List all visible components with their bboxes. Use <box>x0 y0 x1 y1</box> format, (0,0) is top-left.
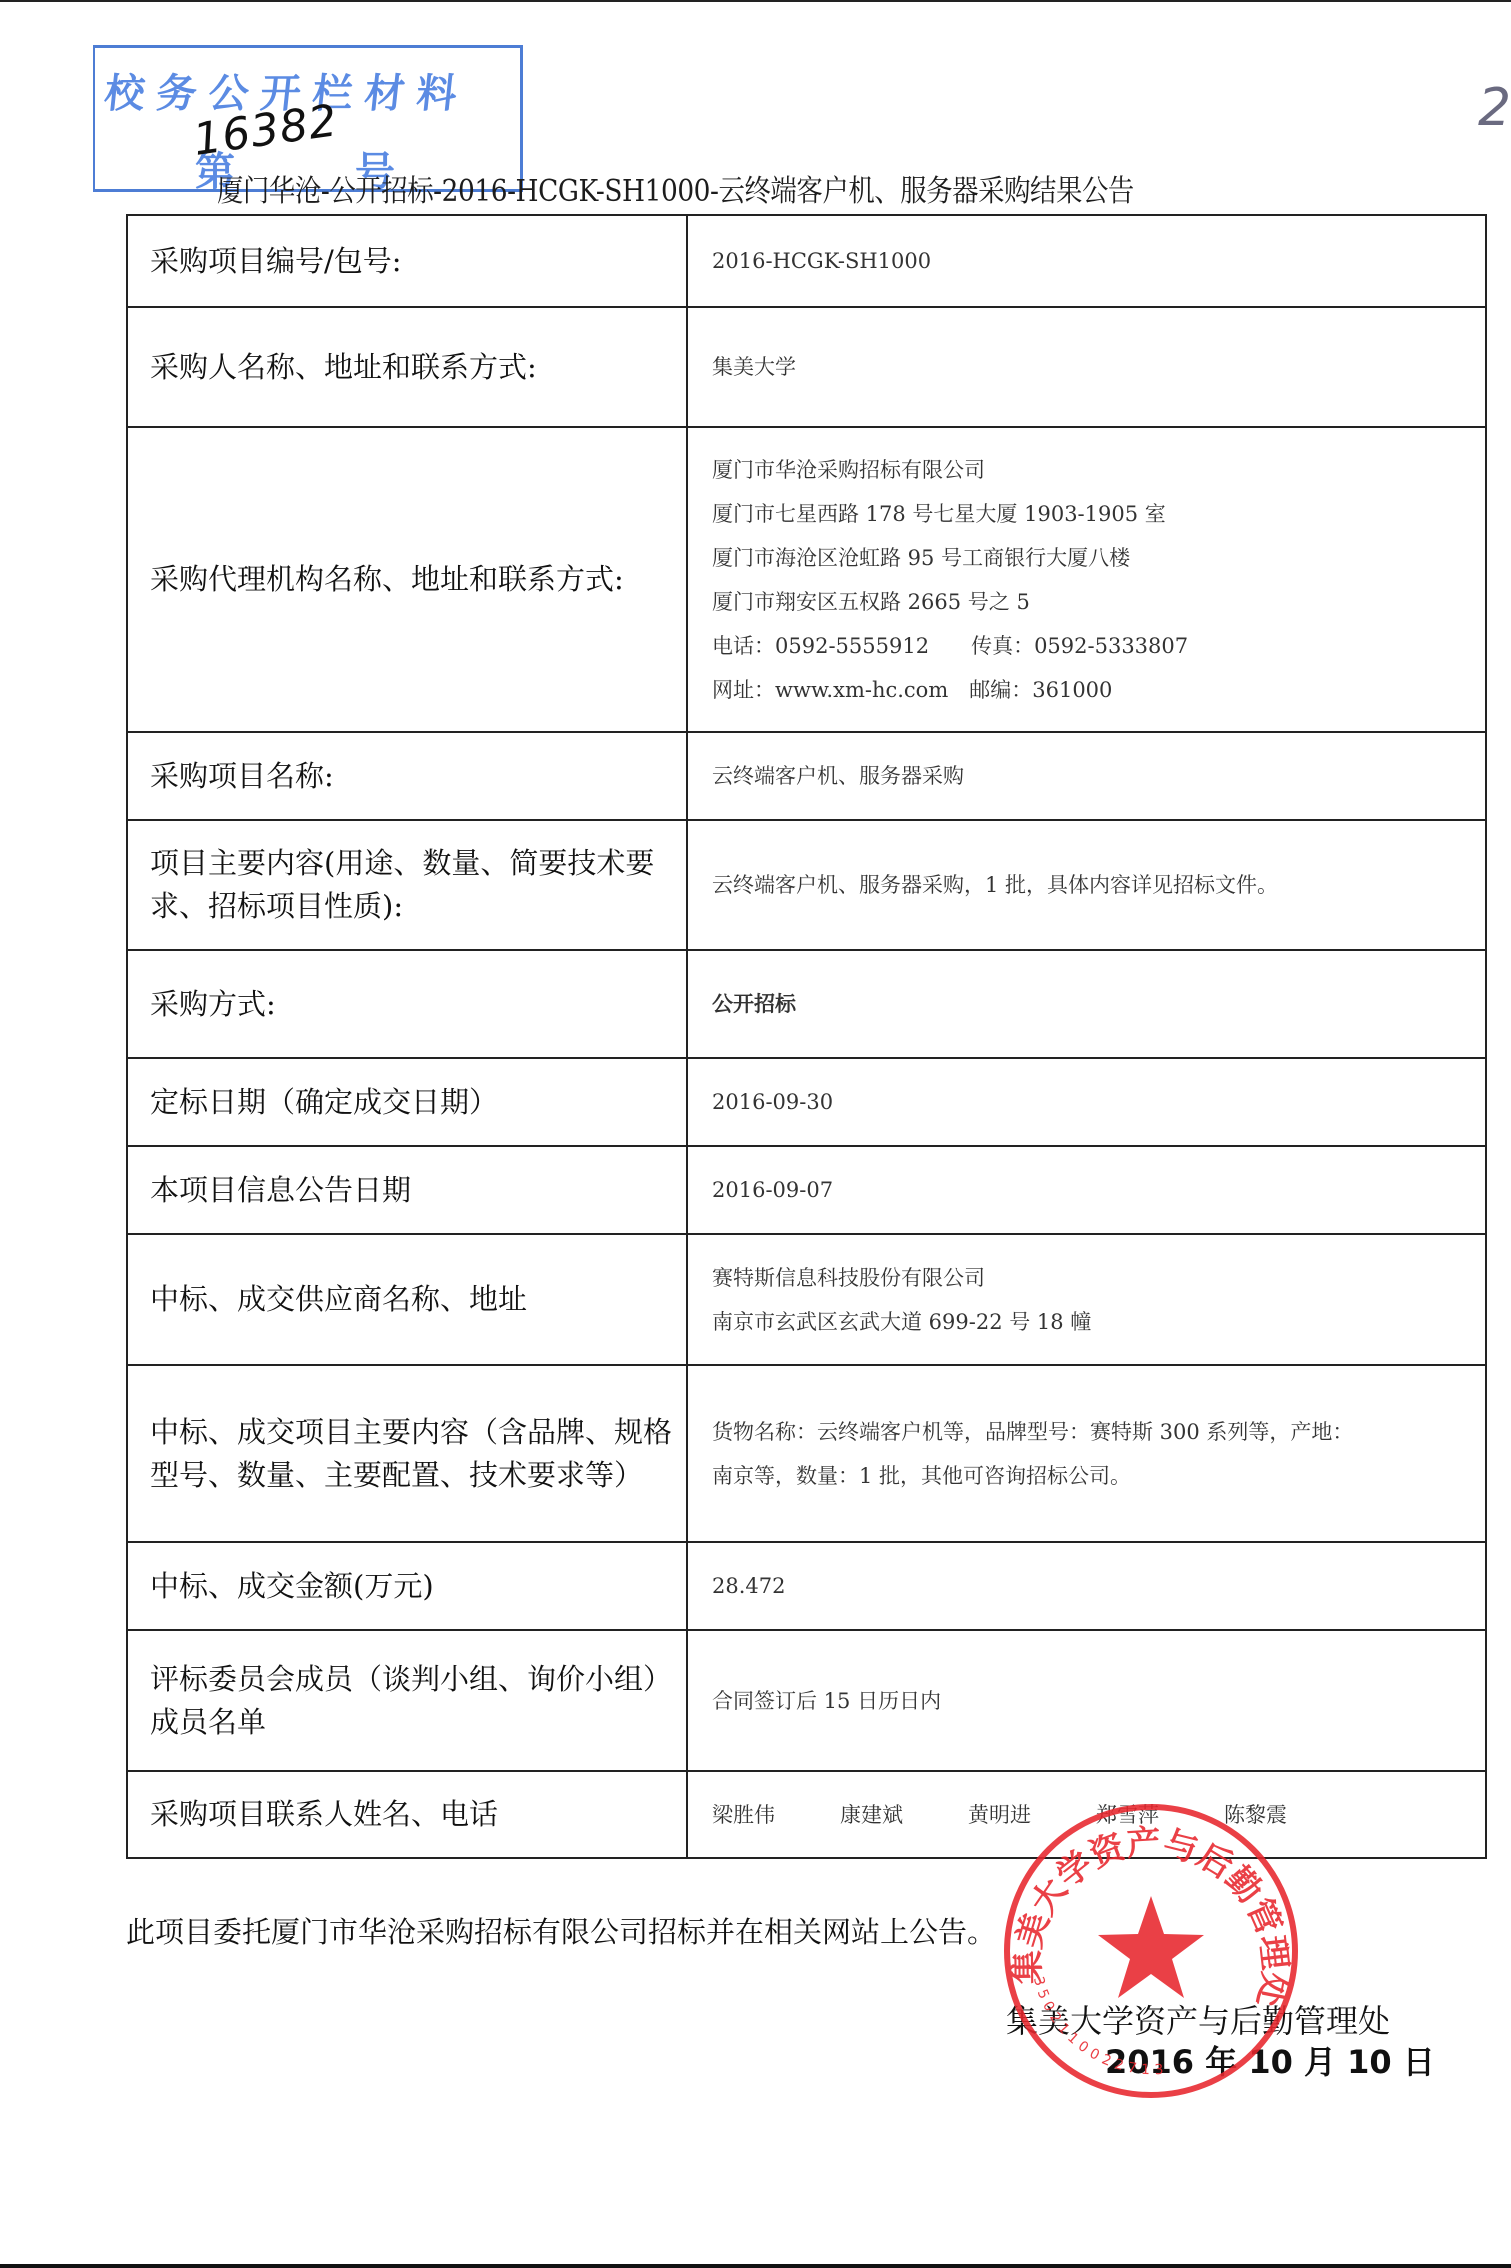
project-name: 云终端客户机、服务器采购 <box>712 754 1475 798</box>
row-value: 梁胜伟 康建斌 黄明进 郑雪萍 陈黎震 <box>687 1771 1486 1858</box>
row-label: 采购代理机构名称、地址和联系方式: <box>127 427 687 732</box>
procurement-method: 公开招标 <box>712 982 1475 1026</box>
award-amount: 28.472 <box>712 1564 1475 1608</box>
row-value: 云终端客户机、服务器采购，1 批，具体内容详见招标文件。 <box>687 820 1486 950</box>
row-value: 赛特斯信息科技股份有限公司 南京市玄武区玄武大道 699-22 号 18 幢 <box>687 1234 1486 1365</box>
committee-members: 合同签订后 15 日历日内 <box>712 1679 1475 1723</box>
table-row: 中标、成交金额(万元) 28.472 <box>127 1542 1486 1630</box>
footer-note: 此项目委托厦门市华沧采购招标有限公司招标并在相关网站上公告。 <box>126 1910 996 1951</box>
agency-line: 厦门市七星西路 178 号七星大厦 1903-1905 室 <box>712 492 1475 536</box>
row-value: 2016-09-30 <box>687 1058 1486 1146</box>
row-label: 中标、成交供应商名称、地址 <box>127 1234 687 1365</box>
agency-line: 网址：www.xm-hc.com 邮编：361000 <box>712 668 1475 712</box>
award-content-line: 南京等，数量：1 批，其他可咨询招标公司。 <box>712 1454 1475 1498</box>
table-row: 采购人名称、地址和联系方式: 集美大学 <box>127 307 1486 427</box>
row-label: 采购项目名称: <box>127 732 687 820</box>
row-label: 中标、成交项目主要内容（含品牌、规格型号、数量、主要配置、技术要求等） <box>127 1365 687 1542</box>
row-label: 中标、成交金额(万元) <box>127 1542 687 1630</box>
row-value: 云终端客户机、服务器采购 <box>687 732 1486 820</box>
signature-organization: 集美大学资产与后勤管理处 <box>1006 1996 1390 2042</box>
row-value: 集美大学 <box>687 307 1486 427</box>
contact-name: 郑雪萍 <box>1096 1793 1224 1837</box>
table-row: 采购代理机构名称、地址和联系方式: 厦门市华沧采购招标有限公司 厦门市七星西路 … <box>127 427 1486 732</box>
scan-bottom-edge <box>0 2264 1511 2268</box>
table-row: 采购项目编号/包号: 2016-HCGK-SH1000 <box>127 215 1486 307</box>
row-value: 厦门市华沧采购招标有限公司 厦门市七星西路 178 号七星大厦 1903-190… <box>687 427 1486 732</box>
row-label: 采购项目联系人姓名、电话 <box>127 1771 687 1858</box>
handwritten-page-number: 2 <box>1478 78 1511 138</box>
table-row: 本项目信息公告日期 2016-09-07 <box>127 1146 1486 1234</box>
row-value: 2016-HCGK-SH1000 <box>687 215 1486 307</box>
document-title: 厦门华沧-公开招标-2016-HCGK-SH1000-云终端客户机、服务器采购结… <box>217 166 1134 210</box>
contact-name: 梁胜伟 <box>712 1793 840 1837</box>
project-content: 云终端客户机、服务器采购，1 批，具体内容详见招标文件。 <box>712 863 1475 907</box>
scan-top-edge <box>0 0 1511 2</box>
agency-line: 厦门市海沧区沧虹路 95 号工商银行大厦八楼 <box>712 536 1475 580</box>
table-row: 中标、成交项目主要内容（含品牌、规格型号、数量、主要配置、技术要求等） 货物名称… <box>127 1365 1486 1542</box>
row-label: 采购人名称、地址和联系方式: <box>127 307 687 427</box>
table-row: 定标日期（确定成交日期） 2016-09-30 <box>127 1058 1486 1146</box>
row-label: 本项目信息公告日期 <box>127 1146 687 1234</box>
announcement-table: 采购项目编号/包号: 2016-HCGK-SH1000 采购人名称、地址和联系方… <box>126 214 1487 1859</box>
project-number: 2016-HCGK-SH1000 <box>712 239 1475 283</box>
row-value: 公开招标 <box>687 950 1486 1058</box>
row-value: 28.472 <box>687 1542 1486 1630</box>
award-content-line: 货物名称：云终端客户机等，品牌型号：赛特斯 300 系列等，产地： <box>712 1410 1475 1454</box>
contact-list: 梁胜伟 康建斌 黄明进 郑雪萍 陈黎震 <box>712 1793 1475 1837</box>
table-row: 采购项目联系人姓名、电话 梁胜伟 康建斌 黄明进 郑雪萍 陈黎震 <box>127 1771 1486 1858</box>
signature-date: 2016 年 10 月 10 日 <box>1105 2037 1435 2083</box>
award-date: 2016-09-30 <box>712 1080 1475 1124</box>
contact-name: 陈黎震 <box>1224 1793 1352 1837</box>
row-value: 合同签订后 15 日历日内 <box>687 1630 1486 1771</box>
row-label: 评标委员会成员（谈判小组、询价小组）成员名单 <box>127 1630 687 1771</box>
supplier-line: 南京市玄武区玄武大道 699-22 号 18 幢 <box>712 1300 1475 1344</box>
row-label: 项目主要内容(用途、数量、简要技术要求、招标项目性质): <box>127 820 687 950</box>
table-row: 项目主要内容(用途、数量、简要技术要求、招标项目性质): 云终端客户机、服务器采… <box>127 820 1486 950</box>
table-row: 采购项目名称: 云终端客户机、服务器采购 <box>127 732 1486 820</box>
row-value: 2016-09-07 <box>687 1146 1486 1234</box>
purchaser-name: 集美大学 <box>712 345 1475 389</box>
row-label: 采购项目编号/包号: <box>127 215 687 307</box>
row-value: 货物名称：云终端客户机等，品牌型号：赛特斯 300 系列等，产地： 南京等，数量… <box>687 1365 1486 1542</box>
row-label: 采购方式: <box>127 950 687 1058</box>
agency-line: 厦门市翔安区五权路 2665 号之 5 <box>712 580 1475 624</box>
table-row: 采购方式: 公开招标 <box>127 950 1486 1058</box>
table-row: 中标、成交供应商名称、地址 赛特斯信息科技股份有限公司 南京市玄武区玄武大道 6… <box>127 1234 1486 1365</box>
row-label: 定标日期（确定成交日期） <box>127 1058 687 1146</box>
announcement-date: 2016-09-07 <box>712 1168 1475 1212</box>
agency-line: 厦门市华沧采购招标有限公司 <box>712 448 1475 492</box>
table-row: 评标委员会成员（谈判小组、询价小组）成员名单 合同签订后 15 日历日内 <box>127 1630 1486 1771</box>
agency-line: 电话：0592-5555912 传真：0592-5333807 <box>712 624 1475 668</box>
supplier-line: 赛特斯信息科技股份有限公司 <box>712 1256 1475 1300</box>
contact-name: 康建斌 <box>840 1793 968 1837</box>
contact-name: 黄明进 <box>968 1793 1096 1837</box>
